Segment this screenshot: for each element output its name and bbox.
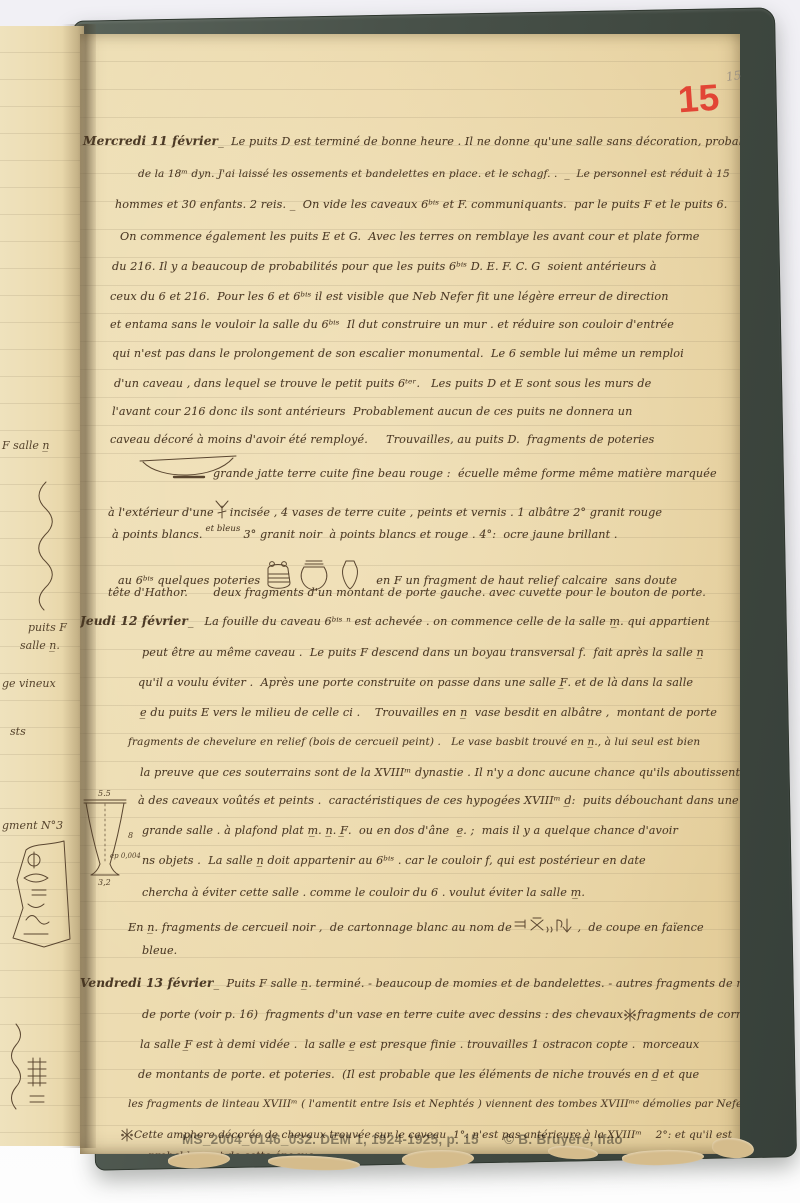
entry-text: _ Puits F salle n̲. terminé. - beaucoup … (213, 977, 740, 990)
entry-text: _ Le puits D est terminé de bonne heure … (218, 135, 740, 148)
journal-line: grande jatte terre cuite fine beau rouge… (213, 467, 717, 481)
entry-text: à l'extérieur d'une (108, 506, 214, 519)
footnote-line: probablement de cette époque . (148, 1150, 321, 1154)
journal-line: les fragments de linteau XVIIIᵐ ( l'amen… (128, 1098, 740, 1111)
journal-line: à points blancs.et bleus3° granit noir à… (112, 528, 618, 542)
notebook-page: 15 15 5.5 8 ép 0,004 3,2 Mercredi 11 fév… (80, 34, 740, 1154)
margin-hieroglyph-fragment-sketch (2, 838, 78, 950)
journal-line: tête d'Hathor. deux fragments d'un monta… (108, 586, 706, 600)
entry-text: fragments de corniches (637, 1008, 740, 1021)
journal-line: On commence également les puits E et G. … (120, 230, 700, 244)
journal-line: du 216. Il y a beaucoup de probabilités … (112, 260, 657, 274)
journal-line: caveau décoré à moins d'avoir été remplo… (110, 433, 654, 447)
entry-date: Vendredi 13 février (80, 976, 213, 990)
entry-text: incisée , 4 vases de terre cuite , peint… (230, 506, 662, 519)
margin-note: sts (10, 726, 26, 737)
journal-line: hommes et 30 enfants. 2 reis. _ On vide … (115, 198, 727, 212)
journal-line: grande salle . à plafond plat m̲. n̲. F̲… (142, 824, 678, 838)
journal-line: bleue. (142, 944, 177, 958)
journal-line: qui n'est pas dans le prolongement de so… (112, 347, 684, 361)
journal-line: de montants de porte. et poteries. (Il e… (138, 1068, 699, 1082)
journal-line: fragments de chevelure en relief (bois d… (128, 736, 700, 749)
margin-note: puits F (28, 622, 67, 633)
archive-id-caption: MS_2004_0146_032. DEM 1, 1924-1925, p. 1… (182, 1133, 479, 1147)
entry-text: , de coupe en faïence (574, 921, 704, 934)
entry-date: Jeudi 12 février (80, 614, 188, 628)
journal-line: la salle F̲ est à demi vidée . la salle … (140, 1038, 699, 1052)
journal-line: de la 18ᵐ dyn. J'ai laissé les ossements… (138, 168, 730, 181)
margin-note: gment N°3 (2, 820, 63, 831)
credit-caption: © B. Bruyère, Ifao (504, 1133, 623, 1147)
entry-date: Mercredi 11 février (83, 134, 218, 148)
journal-line: Mercredi 11 février_ Le puits D est term… (83, 134, 740, 149)
journal-line: qu'il a voulu éviter . Après une porte c… (138, 676, 693, 690)
margin-note: F salle n̲ (2, 440, 49, 451)
torn-paper-fragment (402, 1149, 475, 1170)
journal-line: Jeudi 12 février_ La fouille du caveau 6… (80, 614, 710, 629)
scanned-notebook-photo: F salle n̲ puits F salle n̲. ge vineux s… (0, 0, 800, 1203)
margin-note: ge vineux (2, 678, 56, 689)
superscript-note: et bleus (205, 524, 240, 535)
handwritten-text-layer: Mercredi 11 février_ Le puits D est term… (80, 34, 740, 1154)
journal-line: à l'extérieur d'uneincisée , 4 vases de … (108, 498, 662, 520)
journal-line: de porte (voir p. 16) fragments d'un vas… (142, 1008, 740, 1022)
journal-line: ns objets . La salle n̲ doit appartenir … (142, 854, 646, 868)
journal-line: e̲ du puits E vers le milieu de celle ci… (140, 706, 717, 720)
page-number-red: 15 (677, 79, 721, 119)
journal-line: à des caveaux voûtés et peints . caracté… (138, 794, 739, 808)
footnote-mark-icon (120, 1128, 134, 1142)
journal-line: Vendredi 13 février_ Puits F salle n̲. t… (80, 976, 740, 991)
margin-grid-sketch (6, 1022, 52, 1116)
entry-text: En n̲. fragments de cercueil noir , de c… (128, 921, 512, 934)
previous-page-edge: F salle n̲ puits F salle n̲. ge vineux s… (0, 26, 84, 1146)
journal-line: peut être au même caveau . Le puits F de… (142, 646, 704, 660)
journal-line: d'un caveau , dans lequel se trouve le p… (114, 377, 651, 391)
entry-text: de porte (voir p. 16) fragments d'un vas… (142, 1008, 623, 1021)
journal-line: l'avant cour 216 donc ils sont antérieur… (112, 405, 632, 419)
entry-text: _ La fouille du caveau 6ᵇⁱˢ ⁿ est achevé… (188, 615, 710, 628)
margin-note: salle n̲. (20, 640, 60, 651)
footnote-mark-icon (623, 1008, 637, 1022)
journal-line: En n̲. fragments de cercueil noir , de c… (128, 916, 704, 935)
entry-text: à points blancs. (112, 528, 202, 541)
journal-line: chercha à éviter cette salle . comme le … (142, 886, 585, 900)
journal-line: et entama sans le vouloir la salle du 6ᵇ… (110, 318, 674, 332)
entry-text: 3° granit noir à points blancs et rouge … (243, 528, 617, 541)
journal-line: ceux du 6 et 216. Pour les 6 et 6ᵇⁱˢ il … (110, 290, 669, 304)
incised-mark-sketch (214, 498, 230, 520)
journal-line: la preuve que ces souterrains sont de la… (140, 766, 740, 780)
page-number-pencil: 15 (725, 69, 742, 83)
hieroglyph-inscription (512, 916, 574, 934)
margin-squiggle-sketch (24, 478, 60, 614)
